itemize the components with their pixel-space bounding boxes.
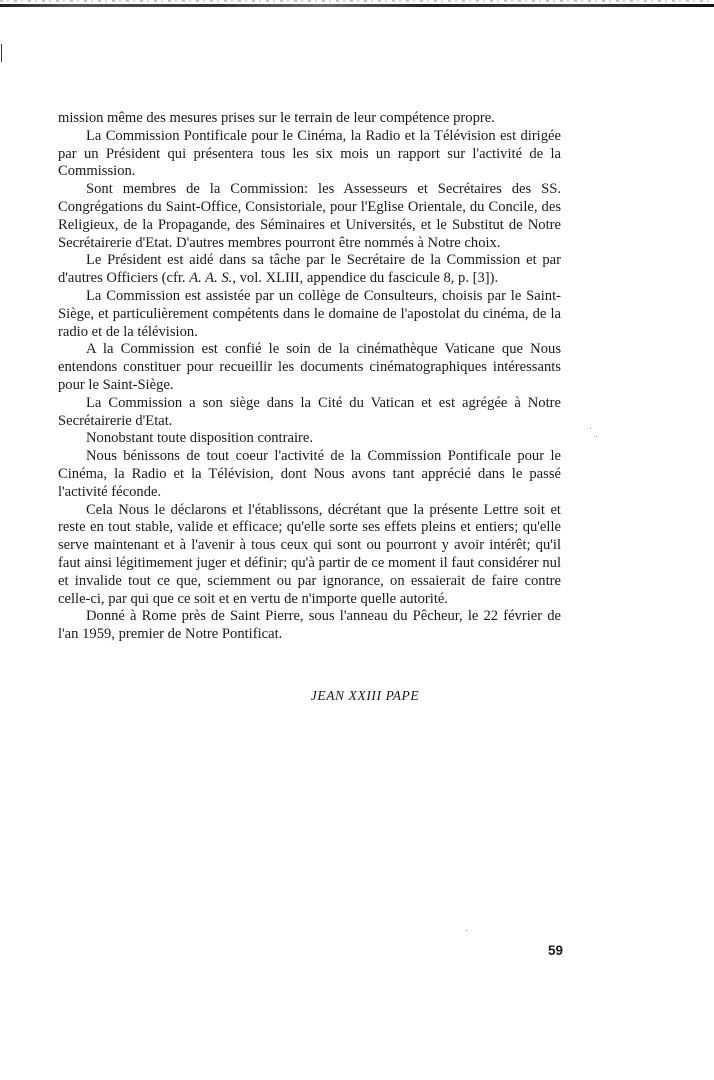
citation-italic: A. A. S. (189, 270, 232, 286)
document-body: mission même des mesures prises sur le t… (58, 110, 561, 644)
paragraph: Cela Nous le déclarons et l'établissons,… (58, 502, 561, 609)
scan-speck (466, 930, 467, 931)
scan-noise (0, 0, 714, 2)
scan-margin-mark (1, 44, 2, 62)
scan-border-line (0, 4, 714, 7)
paragraph: La Commission est assistée par un collèg… (58, 288, 561, 341)
scan-speck (596, 436, 597, 437)
paragraph: A la Commission est confié le soin de la… (58, 341, 561, 394)
scan-speck (590, 428, 591, 429)
paragraph: La Commission a son siège dans la Cité d… (58, 395, 561, 431)
paragraph-with-citation: Le Président est aidé dans sa tâche par … (58, 252, 561, 288)
scan-top-edge (0, 0, 714, 8)
paragraph: Sont membres de la Commission: les Asses… (58, 181, 561, 252)
paragraph: La Commission Pontificale pour le Cinéma… (58, 128, 561, 181)
page-number: 59 (548, 943, 563, 958)
signature: JEAN XXIII PAPE (0, 688, 714, 704)
paragraph: Nonobstant toute disposition contraire. (58, 430, 561, 448)
paragraph: mission même des mesures prises sur le t… (58, 110, 561, 128)
paragraph-text: , vol. XLIII, appendice du fascicule 8, … (232, 270, 498, 286)
paragraph: Nous bénissons de tout coeur l'activité … (58, 448, 561, 501)
paragraph: Donné à Rome près de Saint Pierre, sous … (58, 608, 561, 644)
